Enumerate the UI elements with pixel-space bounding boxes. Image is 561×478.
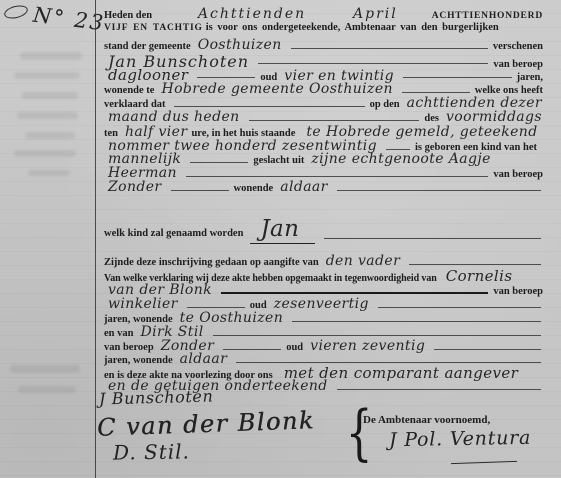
blank-rule [403, 77, 512, 78]
form-line-14: welk kind zal genaamd wordenJan [104, 216, 546, 242]
blank-rule [337, 190, 541, 191]
blank-rule-short [187, 307, 245, 308]
blank-rule [409, 264, 541, 265]
blank-rule [378, 307, 541, 308]
printed-text: wonende [234, 183, 274, 194]
blank-rule [213, 335, 541, 336]
signature-witness-1: C van der Blonk [97, 406, 316, 442]
signature-witness-2: D. Stil. [113, 439, 190, 464]
form-line-12: Heermanvan beroep [104, 165, 546, 180]
blank-rule [337, 389, 541, 390]
flourish-oval [3, 3, 29, 20]
blank-rule-short [171, 190, 229, 191]
printed-text: stand der gemeente [104, 41, 191, 52]
blank-rule-thick [221, 292, 488, 294]
form-line-9: tenhalf vierure, in het huis staandete H… [104, 124, 546, 139]
form-line-18: winkelieroudzesenveertig [104, 296, 546, 311]
form-line-6: wonende teHobrede gemeente Oosthuizenwel… [104, 81, 546, 96]
blank-rule [236, 362, 541, 363]
blank-rule [258, 63, 488, 64]
blank-rule [402, 92, 470, 93]
form-line-15: Zijnde deze inschrijving gedaan op aangi… [104, 253, 546, 268]
blank-rule [249, 120, 420, 121]
printed-text: verschenen [493, 41, 543, 52]
blank-rule [434, 349, 541, 350]
form-line-5: daglooneroudvier en twintigjaren, [104, 66, 546, 81]
form-line-11: mannelijkgeslacht uitzijne echtgenoote A… [104, 151, 546, 166]
printed-text: welk kind zal genaamd worden [104, 228, 243, 239]
form-line-20: en vanDirk Stil [104, 324, 546, 339]
printed-caps-text: ACHTTIENHONDERD [432, 11, 543, 21]
signature-flourish [451, 461, 517, 464]
form-body: J Bunschoten C van der Blonk D. Stil. { … [97, 0, 561, 478]
blank-rule [324, 238, 541, 239]
form-line-1: Heden denAchttiendenAprilACHTTIENHONDERD [104, 6, 546, 21]
handwritten-text: aldaar [280, 179, 328, 195]
form-line-17: van der Blonkvan beroep [104, 282, 546, 297]
brace-glyph: { [346, 403, 373, 463]
form-line-8: maand dus hedendesvoormiddags [104, 109, 546, 124]
blank-rule-short [190, 162, 248, 163]
handwritten-text: Achttienden [159, 6, 345, 22]
ink-bleed-smudge [28, 170, 70, 176]
form-line-24: en de getuigen onderteekend [104, 378, 546, 393]
left-margin: N° 23 [0, 0, 95, 478]
blank-rule [291, 48, 488, 49]
form-line-7: verklaard datop denachttienden dezer [104, 95, 546, 110]
form-line-13: Zonderwonendealdaar [104, 179, 546, 194]
birth-certificate-document: N° 23 J Bunschoten C van der Blonk D. St… [0, 0, 561, 478]
ink-bleed-smudge [10, 365, 80, 373]
handwritten-text: Oosthuizen [198, 37, 282, 53]
printed-text: is voor ons ondergeteekende, Ambtenaar v… [206, 22, 499, 33]
printed-caps-text: VIJF EN TACHTIG [104, 23, 203, 33]
margin-rule [95, 0, 96, 478]
ink-bleed-smudge [14, 150, 76, 157]
ink-bleed-smudge [20, 52, 82, 60]
ink-bleed-smudge [14, 72, 80, 79]
handwritten-text: April [353, 6, 398, 22]
form-line-3: stand der gemeenteOosthuizenverschenen [104, 37, 546, 52]
form-line-19: jaren, wonendete Oosthuizen [104, 310, 546, 325]
blank-rule [292, 321, 541, 322]
handwritten-child-name: Jan [250, 216, 315, 244]
printed-text: des [424, 113, 439, 124]
ink-bleed-smudge [17, 112, 78, 119]
form-line-16: Van welke verklaring wij deze akte hebbe… [104, 267, 546, 282]
ink-bleed-smudge [25, 132, 75, 139]
ink-bleed-smudge [22, 92, 78, 99]
handwritten-text: en de getuigen onderteekend [108, 378, 328, 394]
blank-rule-short [197, 77, 255, 78]
form-line-2: VIJF EN TACHTIGis voor ons ondergeteeken… [104, 22, 546, 37]
blank-rule-tiny [386, 149, 410, 150]
blank-rule-short [223, 349, 281, 350]
handwritten-text: Zonder [108, 179, 162, 195]
blank-rule [174, 106, 365, 107]
signature-official: J Pol. Ventura [389, 427, 532, 451]
official-caption: De Ambtenaar voornoemd, [363, 414, 490, 426]
blank-rule [186, 176, 488, 177]
handwritten-text: voormiddags [446, 109, 542, 125]
act-number: N° 23 [4, 6, 105, 31]
form-line-4: Jan Bunschotenvan beroep [104, 52, 546, 67]
ink-bleed-smudge [18, 386, 76, 393]
printed-text: Heden den [104, 10, 152, 21]
handwritten-text: maand dus heden [108, 109, 240, 125]
form-line-23: en is deze akte na voorlezing door onsme… [104, 364, 546, 379]
